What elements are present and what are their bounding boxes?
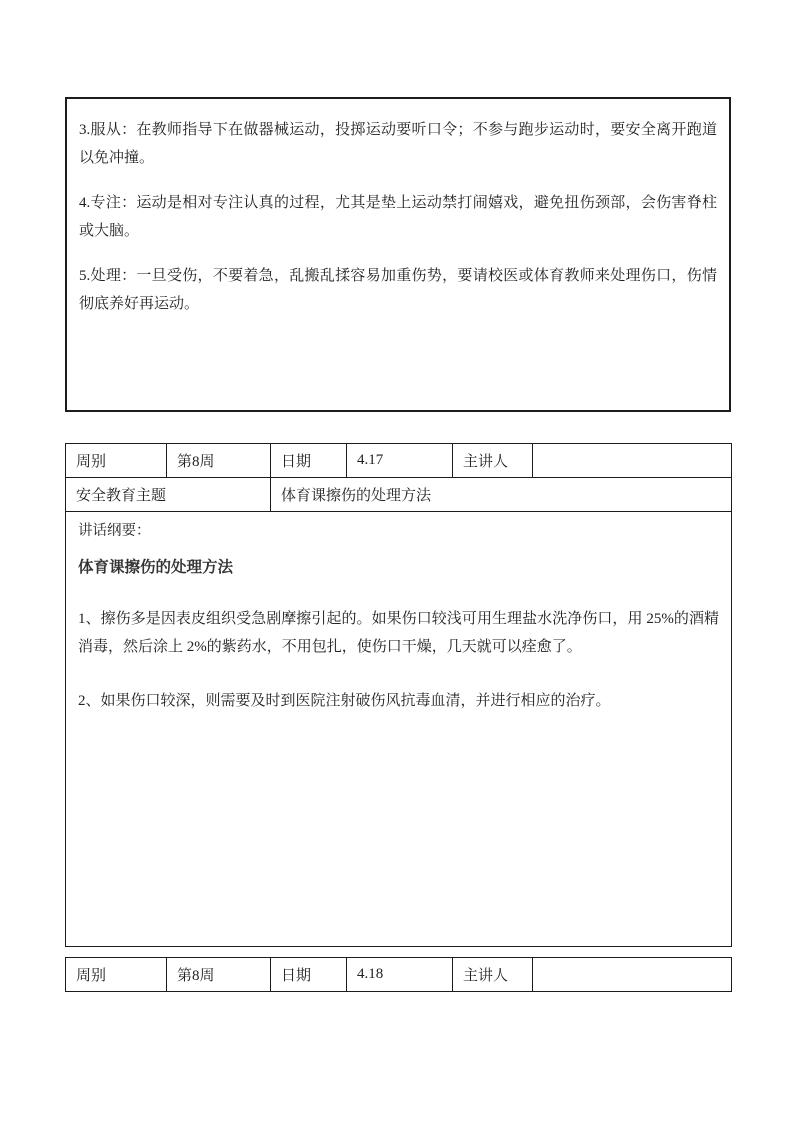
session2-speaker-label-cell: 主讲人 <box>453 958 533 992</box>
note-paragraph-5: 5.处理：一旦受伤，不要着急，乱搬乱揉容易加重伤势，要请校医或体育教师来处理伤口… <box>79 262 717 318</box>
session1-outline-cell: 讲话纲要： 体育课擦伤的处理方法 1、擦伤多是因表皮组织受急剧摩擦引起的。如果伤… <box>66 512 732 947</box>
session1-speaker-value-cell <box>533 444 732 478</box>
note-paragraph-3: 3.服从：在教师指导下在做器械运动，投掷运动要听口令；不参与跑步运动时，要安全离… <box>79 116 717 172</box>
session1-outline-row: 讲话纲要： 体育课擦伤的处理方法 1、擦伤多是因表皮组织受急剧摩擦引起的。如果伤… <box>66 512 732 947</box>
session1-week-value-cell: 第8周 <box>167 444 271 478</box>
session2-week-value-cell: 第8周 <box>167 958 271 992</box>
outline-title: 体育课擦伤的处理方法 <box>78 557 719 579</box>
document-page: 3.服从：在教师指导下在做器械运动，投掷运动要听口令；不参与跑步运动时，要安全离… <box>0 0 793 1122</box>
session2-header-row: 周别 第8周 日期 4.18 主讲人 <box>66 958 732 992</box>
session1-week-label-cell: 周别 <box>66 444 167 478</box>
session1-topic-row: 安全教育主题 体育课擦伤的处理方法 <box>66 478 732 512</box>
session2-date-value-cell: 4.18 <box>347 958 453 992</box>
session1-table: 周别 第8周 日期 4.17 主讲人 安全教育主题 体育课擦伤的处理方法 讲话纲… <box>65 443 732 947</box>
notes-box: 3.服从：在教师指导下在做器械运动，投掷运动要听口令；不参与跑步运动时，要安全离… <box>65 97 731 412</box>
session2-week-label-cell: 周别 <box>66 958 167 992</box>
session1-date-label-cell: 日期 <box>271 444 347 478</box>
session2-date-label-cell: 日期 <box>271 958 347 992</box>
session1-date-value-cell: 4.17 <box>347 444 453 478</box>
session2-speaker-value-cell <box>533 958 732 992</box>
outline-label: 讲话纲要： <box>78 520 719 542</box>
outline-paragraph-2: 2、如果伤口较深，则需要及时到医院注射破伤风抗毒血清，并进行相应的治疗。 <box>78 687 719 715</box>
session1-topic-value-cell: 体育课擦伤的处理方法 <box>271 478 732 512</box>
outline-paragraph-1: 1、擦伤多是因表皮组织受急剧摩擦引起的。如果伤口较浅可用生理盐水洗净伤口，用 2… <box>78 605 719 661</box>
session1-header-row: 周别 第8周 日期 4.17 主讲人 <box>66 444 732 478</box>
session2-table: 周别 第8周 日期 4.18 主讲人 <box>65 957 732 992</box>
session1-topic-label-cell: 安全教育主题 <box>66 478 271 512</box>
note-paragraph-4: 4.专注：运动是相对专注认真的过程，尤其是垫上运动禁打闹嬉戏，避免扭伤颈部，会伤… <box>79 189 717 245</box>
session1-speaker-label-cell: 主讲人 <box>453 444 533 478</box>
